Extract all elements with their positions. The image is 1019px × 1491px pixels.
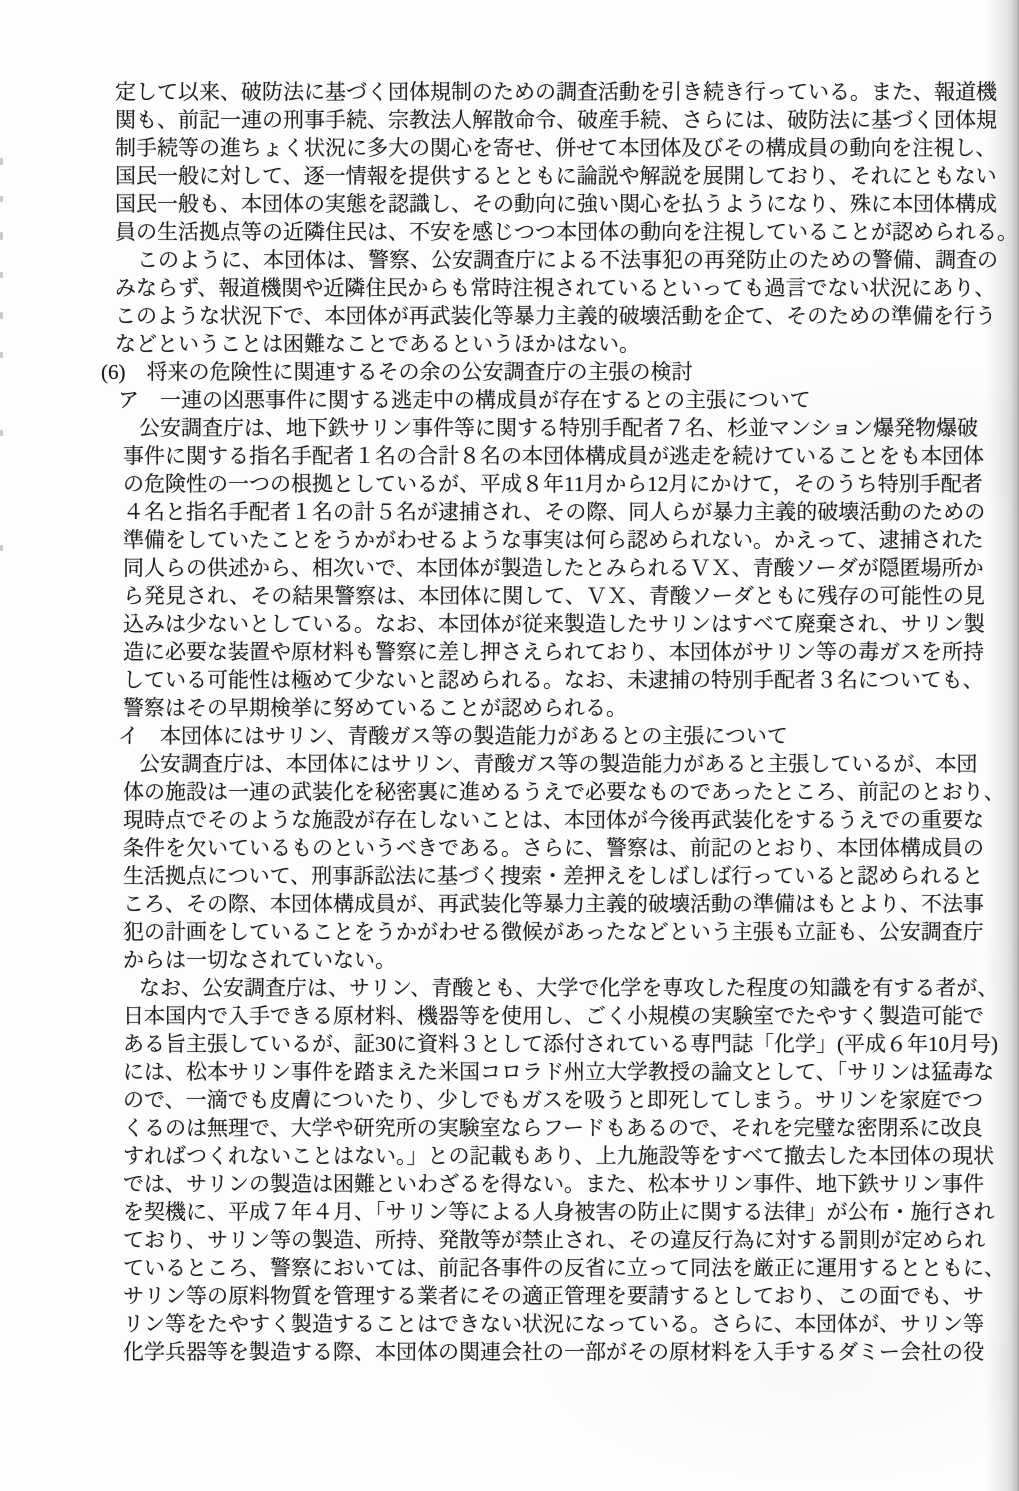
text-line: 造に必要な装置や原材料も警察に差し押さえられており、本団体がサリン等の毒ガスを所… — [123, 638, 1019, 666]
text-line: 条件を欠いているものというべきである。さらに、警察は、前記のとおり、本団体構成員… — [123, 834, 1019, 862]
text-line: からは一切なされていない。 — [123, 946, 1019, 974]
text-line: には、松本サリン事件を踏まえた米国コロラド州立大学教授の論文として、「サリンは猛… — [123, 1058, 1019, 1086]
text-line: イ 本団体にはサリン、青酸ガス等の製造能力があるとの主張について — [118, 722, 1019, 750]
text-line: 事件に関する指名手配者１名の合計８名の本団体構成員が逃走を続けていることをも本団… — [123, 442, 1019, 470]
text-line: では、サリンの製造は困難といわざるを得ない。また、松本サリン事件、地下鉄サリン事… — [123, 1170, 1019, 1198]
text-line: 現時点でそのような施設が存在しないことは、本団体が今後再武装化をするうえでの重要… — [123, 806, 1019, 834]
text-line: 公安調査庁は、本団体にはサリン、青酸ガス等の製造能力があると主張しているが、本団 — [139, 750, 1019, 778]
text-line: 準備をしていたことをうかがわせるような事実は何ら認められない。かえって、逮捕され… — [123, 526, 1019, 554]
text-line: ので、一滴でも皮膚についたり、少しでもガスを吸うと即死してしまう。サリンを家庭で… — [123, 1086, 1019, 1114]
text-line: 国民一般も、本団体の実態を認識し、その動向に強い関心を払うようになり、殊に本団体… — [115, 190, 1019, 218]
text-line: なお、公安調査庁は、サリン、青酸とも、大学で化学を専攻した程度の知識を有する者が… — [139, 974, 1019, 1002]
text-line: を契機に、平成７年４月、「サリン等による人身被害の防止に関する法律」が公布・施行… — [123, 1198, 1019, 1226]
text-line: ４名と指名手配者１名の計５名が逮捕され、その際、同人らが暴力主義的破壊活動のため… — [123, 498, 1019, 526]
text-line: ら発見され、その結果警察は、本団体に関して、ＶＸ、青酸ソーダともに残存の可能性の… — [123, 582, 1019, 610]
text-line: 公安調査庁は、地下鉄サリン事件等に関する特別手配者７名、杉並マンション爆発物爆破 — [139, 414, 1019, 442]
text-line: みならず、報道機関や近隣住民からも常時注視されているといっても過言でない状況にあ… — [115, 274, 1019, 302]
text-line: このように、本団体は、警察、公安調査庁による不法事犯の再発防止のための警備、調査… — [137, 246, 1019, 274]
text-line: 生活拠点について、刑事訴訟法に基づく捜索・差押えをしばしば行っていると認められる… — [123, 862, 1019, 890]
text-line: ているところ、警察においては、前記各事件の反省に立って同法を厳正に運用するととも… — [123, 1254, 1019, 1282]
text-line: 関も、前記一連の刑事手続、宗教法人解散命令、破産手続、さらには、破防法に基づく団… — [115, 106, 1019, 134]
text-line: 同人らの供述から、相次いで、本団体が製造したとみられるＶＸ、青酸ソーダが隠匿場所… — [123, 554, 1019, 582]
text-line: の危険性の一つの根拠としているが、平成８年11月から12月にかけて，そのうち特別… — [123, 470, 1019, 498]
scan-tick — [0, 312, 3, 319]
text-line: 員の生活拠点等の近隣住民は、不安を感じつつ本団体の動向を注視していることが認めら… — [115, 218, 1019, 246]
text-line: (6) 将来の危険性に関連するその余の公安調査庁の主張の検討 — [101, 358, 1019, 386]
text-line: 制手続等の進ちょく状況に多大の関心を寄せ、併せて本団体及びその構成員の動向を注視… — [115, 134, 1019, 162]
text-line: 警察はその早期検挙に努めていることが認められる。 — [123, 694, 1019, 722]
text-line: ア 一連の凶悪事件に関する逃走中の構成員が存在するとの主張について — [118, 386, 1019, 414]
text-line: ころ、その際、本団体構成員が、再武装化等暴力主義的破壊活動の準備はもとより、不法… — [123, 890, 1019, 918]
text-line: ており、サリン等の製造、所持、発散等が禁止され、その違反行為に対する罰則が定めら… — [123, 1226, 1019, 1254]
document-body: 定して以来、破防法に基づく団体規制のための調査活動を引き続き行っている。また、報… — [0, 78, 1019, 1366]
text-line: ある旨主張しているが、証30に資料３として添付されている専門誌「化学」(平成６年… — [123, 1030, 1019, 1058]
text-line: 込みは少ないとしている。なお、本団体が従来製造したサリンはすべて廃棄され、サリン… — [123, 610, 1019, 638]
scan-tick — [0, 196, 3, 202]
text-line: 犯の計画をしていることをうかがわせる徴候があったなどという主張も立証も、公安調査… — [123, 918, 1019, 946]
scan-tick — [0, 352, 3, 358]
scan-tick — [0, 430, 3, 436]
text-line: 定して以来、破防法に基づく団体規制のための調査活動を引き続き行っている。また、報… — [115, 78, 1019, 106]
text-line: 日本国内で入手できる原材料、機器等を使用し、ごく小規模の実験室でたやすく製造可能… — [123, 1002, 1019, 1030]
text-line: 体の施設は一連の武装化を秘密裏に進めるうえで必要なものであったところ、前記のとお… — [123, 778, 1019, 806]
text-line: 国民一般に対して、逐一情報を提供するとともに論説や解説を展開しており、それにとも… — [115, 162, 1019, 190]
scan-tick — [0, 272, 3, 278]
text-line: 化学兵器等を製造する際、本団体の関連会社の一部がその原材料を入手するダミー会社の… — [123, 1338, 1019, 1366]
text-line: サリン等の原料物質を管理する業者にその適正管理を要請するとしており、この面でも、… — [123, 1282, 1019, 1310]
text-line: などということは困難なことであるというほかはない。 — [115, 330, 1019, 358]
text-line: くるのは無理で、大学や研究所の実験室ならフードもあるので、それを完璧な密閉系に改… — [123, 1114, 1019, 1142]
text-line: すればつくれないことはない。」との記載もあり、上九施設等をすべて撤去した本団体の… — [123, 1142, 1019, 1170]
scanned-document-page: 定して以来、破防法に基づく団体規制のための調査活動を引き続き行っている。また、報… — [0, 0, 1019, 1491]
text-line: リン等をたやすく製造することはできない状況になっている。さらに、本団体が、サリン… — [123, 1310, 1019, 1338]
scan-tick — [0, 158, 3, 165]
scan-tick — [0, 545, 3, 551]
scan-tick — [0, 232, 3, 240]
text-line: このような状況下で、本団体が再武装化等暴力主義的破壊活動を企て、そのための準備を… — [115, 302, 1019, 330]
text-line: している可能性は極めて少ないと認められる。なお、未逮捕の特別手配者３名についても… — [123, 666, 1019, 694]
